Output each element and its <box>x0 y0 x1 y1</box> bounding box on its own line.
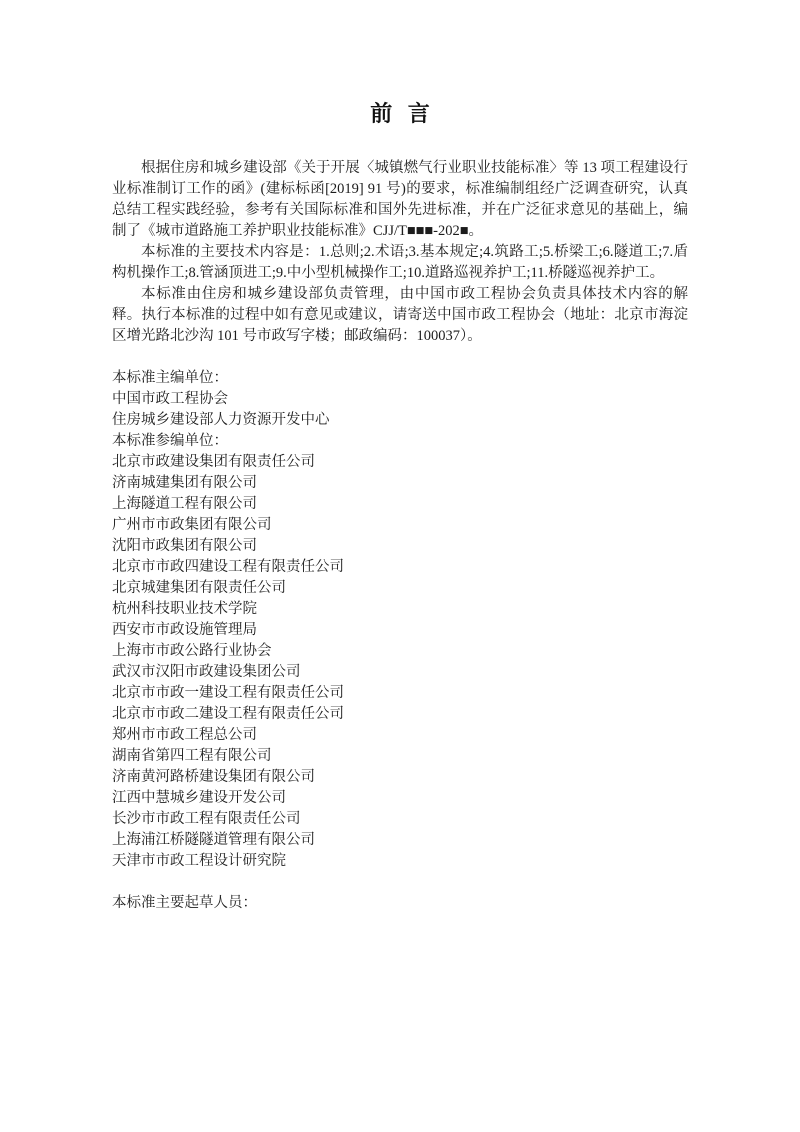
participating-item: 湖南省第四工程有限公司 <box>112 746 688 767</box>
participating-item: 北京市市政四建设工程有限责任公司 <box>112 557 688 578</box>
document-page: 前 言 根据住房和城乡建设部《关于开展〈城镇燃气行业职业技能标准〉等 13 项工… <box>0 0 800 1132</box>
participating-item: 江西中慧城乡建设开发公司 <box>112 788 688 809</box>
participating-item: 广州市市政集团有限公司 <box>112 515 688 536</box>
participating-item: 长沙市市政工程有限责任公司 <box>112 809 688 830</box>
chief-editor-heading: 本标准主编单位： <box>112 368 688 389</box>
chief-editor-item: 中国市政工程协会 <box>112 389 688 410</box>
participating-item: 北京市市政一建设工程有限责任公司 <box>112 683 688 704</box>
chief-editor-item: 住房城乡建设部人力资源开发中心 <box>112 410 688 431</box>
editor-units-list: 本标准主编单位： 中国市政工程协会 住房城乡建设部人力资源开发中心 本标准参编单… <box>112 368 688 872</box>
participating-item: 北京市市政二建设工程有限责任公司 <box>112 704 688 725</box>
participating-item: 济南黄河路桥建设集团有限公司 <box>112 767 688 788</box>
participating-heading: 本标准参编单位： <box>112 431 688 452</box>
participating-item: 郑州市市政工程总公司 <box>112 725 688 746</box>
participating-item: 济南城建集团有限公司 <box>112 473 688 494</box>
participating-item: 上海市市政公路行业协会 <box>112 641 688 662</box>
tech-content-paragraph: 本标准的主要技术内容是：1.总则;2.术语;3.基本规定;4.筑路工;5.桥梁工… <box>112 242 688 284</box>
participating-item: 杭州科技职业技术学院 <box>112 599 688 620</box>
participating-item: 北京城建集团有限责任公司 <box>112 578 688 599</box>
participating-item: 天津市市政工程设计研究院 <box>112 851 688 872</box>
management-paragraph: 本标准由住房和城乡建设部负责管理，由中国市政工程协会负责具体技术内容的解释。执行… <box>112 284 688 347</box>
foreword-body: 根据住房和城乡建设部《关于开展〈城镇燃气行业职业技能标准〉等 13 项工程建设行… <box>112 158 688 347</box>
participating-item: 武汉市汉阳市政建设集团公司 <box>112 662 688 683</box>
participating-item: 沈阳市政集团有限公司 <box>112 536 688 557</box>
drafters-heading: 本标准主要起草人员： <box>112 893 688 914</box>
intro-paragraph: 根据住房和城乡建设部《关于开展〈城镇燃气行业职业技能标准〉等 13 项工程建设行… <box>112 158 688 242</box>
page-title: 前 言 <box>112 100 688 127</box>
participating-item: 上海隧道工程有限公司 <box>112 494 688 515</box>
document-content: 前 言 根据住房和城乡建设部《关于开展〈城镇燃气行业职业技能标准〉等 13 项工… <box>0 0 800 914</box>
participating-item: 北京市政建设集团有限责任公司 <box>112 452 688 473</box>
participating-item: 上海浦江桥隧隧道管理有限公司 <box>112 830 688 851</box>
participating-item: 西安市市政设施管理局 <box>112 620 688 641</box>
